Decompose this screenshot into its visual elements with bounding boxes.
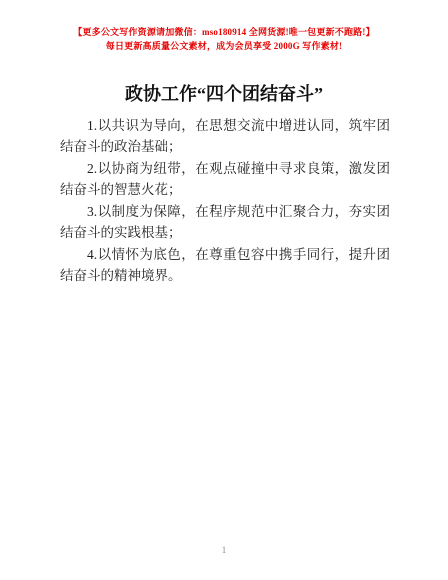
paragraph-3: 3.以制度为保障，在程序规范中汇聚合力，夯实团结奋斗的实践根基； xyxy=(60,202,390,243)
paragraph-2: 2.以协商为纽带，在观点碰撞中寻求良策，激发团结奋斗的智慧火花； xyxy=(60,159,390,200)
page-number: 1 xyxy=(0,545,448,555)
document-body: 1.以共识为导向，在思想交流中增进认同，筑牢团结奋斗的政治基础； 2.以协商为纽… xyxy=(0,116,448,286)
paragraph-4: 4.以情怀为底色，在尊重包容中携手同行，提升团结奋斗的精神境界。 xyxy=(60,245,390,286)
document-page: 【更多公文写作资源请加微信：mso180914 全网货源!唯一包更新不跑路!】 … xyxy=(0,0,448,580)
header-ad-block: 【更多公文写作资源请加微信：mso180914 全网货源!唯一包更新不跑路!】 … xyxy=(0,0,448,52)
header-ad-line-1: 【更多公文写作资源请加微信：mso180914 全网货源!唯一包更新不跑路!】 xyxy=(0,26,448,38)
header-ad-line-2: 每日更新高质量公文素材，成为会员享受 2000G 写作素材! xyxy=(0,40,448,52)
paragraph-1: 1.以共识为导向，在思想交流中增进认同，筑牢团结奋斗的政治基础； xyxy=(60,116,390,157)
document-title: 政协工作“四个团结奋斗” xyxy=(0,83,448,105)
